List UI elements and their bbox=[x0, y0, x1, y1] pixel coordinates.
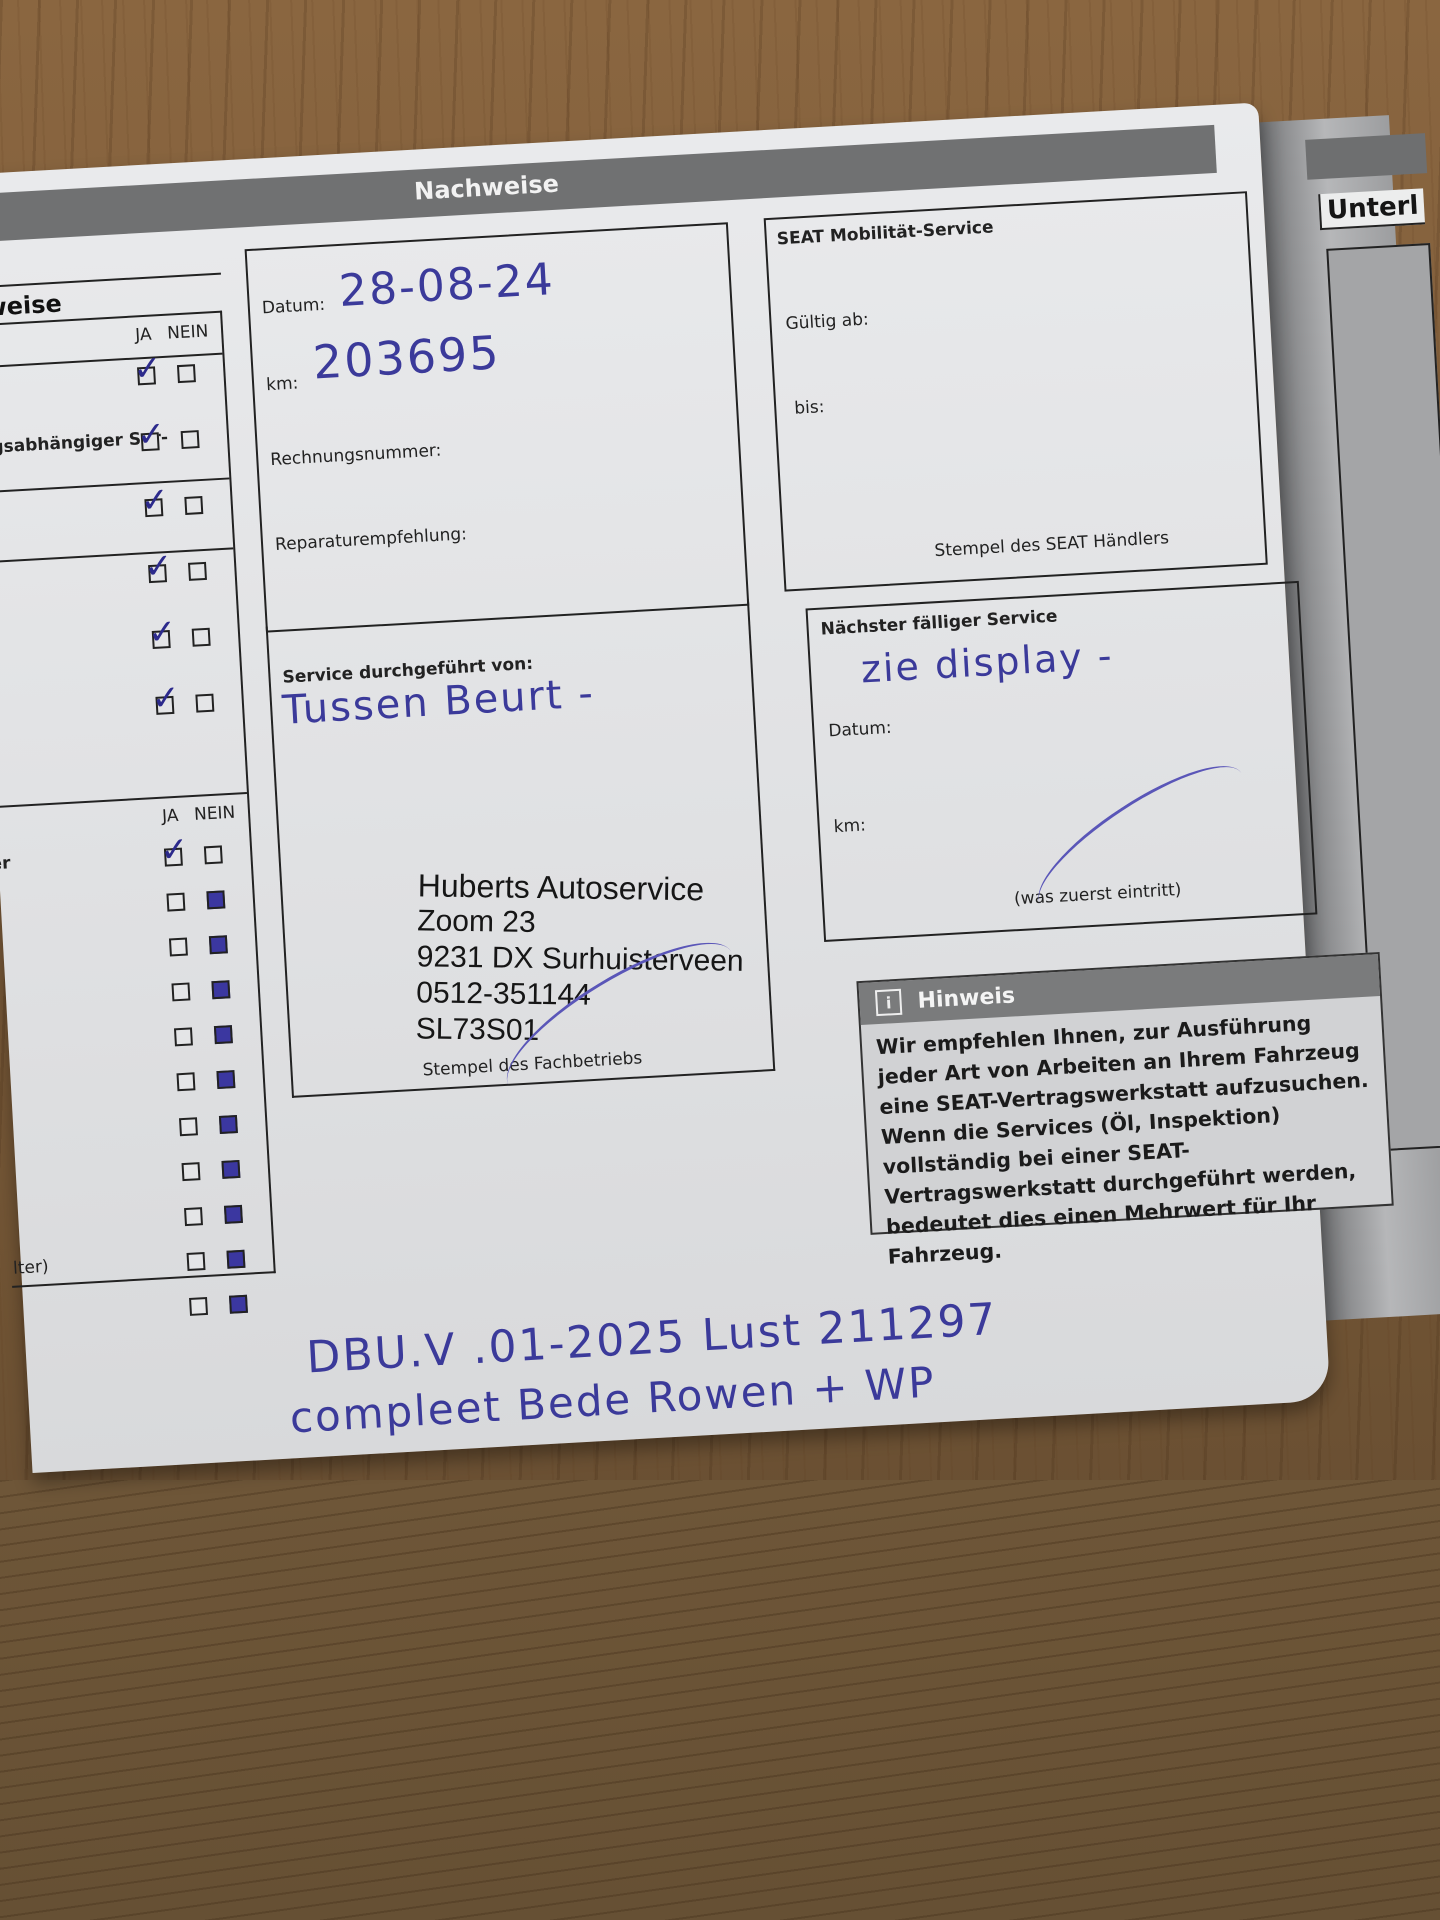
checkbox-nein[interactable] bbox=[181, 430, 200, 449]
next-page-title: Unterl bbox=[1318, 188, 1425, 230]
checkbox-nein[interactable] bbox=[216, 1070, 235, 1089]
dealer-stamp-caption: Stempel des SEAT Händlers bbox=[934, 528, 1170, 561]
checkbox-nein[interactable] bbox=[229, 1295, 248, 1314]
checkbox-ja[interactable] bbox=[182, 1162, 201, 1181]
checkbox-ja[interactable] bbox=[144, 498, 163, 517]
hint-text: Wir empfehlen Ihnen, zur Ausführung jede… bbox=[861, 996, 1394, 1281]
checkbox-nein[interactable] bbox=[226, 1250, 245, 1269]
datum-value[interactable]: 28-08-24 bbox=[338, 254, 556, 317]
col-header-yes: JA bbox=[135, 325, 152, 346]
service-performed-box: Service durchgeführt von: Tussen Beurt -… bbox=[266, 600, 776, 1098]
checkbox-ja[interactable] bbox=[187, 1252, 206, 1271]
rechnungsnummer-label: Rechnungsnummer: bbox=[270, 441, 442, 471]
checkbox-nein[interactable] bbox=[214, 1025, 233, 1044]
checklist-title-rule bbox=[0, 273, 221, 289]
km-value[interactable]: 203695 bbox=[312, 325, 502, 389]
checkbox-ja[interactable] bbox=[179, 1117, 198, 1136]
checkbox-nein[interactable] bbox=[188, 562, 207, 581]
checkbox-ja[interactable] bbox=[152, 630, 171, 649]
checkbox-ja[interactable] bbox=[137, 366, 156, 385]
hint-box: i Hinweis Wir empfehlen Ihnen, zur Ausfü… bbox=[856, 952, 1393, 1235]
checkbox-ja[interactable] bbox=[155, 696, 174, 715]
checkbox-ja[interactable] bbox=[171, 982, 190, 1001]
checkbox-nein[interactable] bbox=[177, 364, 196, 383]
checkbox-nein[interactable] bbox=[211, 980, 230, 999]
hint-title: Hinweis bbox=[917, 983, 1016, 1013]
checkbox-ja[interactable] bbox=[184, 1207, 203, 1226]
bis-label: bis: bbox=[794, 397, 825, 419]
next-service-box: Nächster fälliger Service zie display - … bbox=[806, 581, 1318, 942]
checkbox-ja[interactable] bbox=[174, 1027, 193, 1046]
booklet-page: Nachweise hweise JANEINungsabhängiger Se… bbox=[0, 102, 1331, 1473]
col-header-no: NEIN bbox=[194, 803, 236, 825]
checkbox-ja[interactable] bbox=[166, 893, 185, 912]
checklist-row-label: er bbox=[0, 853, 11, 874]
col-header-yes: JA bbox=[162, 806, 179, 827]
datum-label: Datum: bbox=[261, 295, 325, 318]
mobility-title: SEAT Mobilität-Service bbox=[776, 217, 994, 249]
stamp-line: Zoom 23 bbox=[417, 903, 744, 944]
next-service-signature bbox=[1020, 742, 1261, 934]
checkbox-nein[interactable] bbox=[206, 890, 225, 909]
service-booklet: Unterl Nachweise hweise JANEINungsabhäng… bbox=[0, 93, 1440, 1493]
checkbox-ja[interactable] bbox=[148, 564, 167, 583]
checkbox-ja[interactable] bbox=[189, 1297, 208, 1316]
checklist-row-divider bbox=[0, 477, 229, 494]
reparaturempfehlung-label: Reparaturempfehlung: bbox=[275, 524, 468, 555]
stamp-line: Huberts Autoservice bbox=[418, 867, 745, 908]
next-service-datum-label: Datum: bbox=[828, 718, 892, 741]
checkbox-ja[interactable] bbox=[141, 432, 160, 451]
checkbox-nein[interactable] bbox=[224, 1205, 243, 1224]
next-service-handwritten[interactable]: zie display - bbox=[860, 633, 1115, 691]
next-service-km-label: km: bbox=[833, 815, 866, 837]
wooden-table-surface bbox=[0, 1480, 1440, 1920]
checkbox-nein[interactable] bbox=[192, 628, 211, 647]
checkbox-nein[interactable] bbox=[195, 694, 214, 713]
gueltig-ab-label: Gültig ab: bbox=[785, 310, 869, 335]
checkbox-nein[interactable] bbox=[219, 1115, 238, 1134]
checkbox-nein[interactable] bbox=[209, 935, 228, 954]
checklist-table: JANEINungsabhängiger Ser-JANEINerlter) bbox=[0, 311, 276, 1288]
service-record-box: Datum: 28-08-24 km: 203695 Rechnungsnumm… bbox=[245, 222, 750, 632]
col-header-no: NEIN bbox=[167, 321, 209, 343]
checkbox-ja[interactable] bbox=[164, 848, 183, 867]
checkbox-nein[interactable] bbox=[221, 1160, 240, 1179]
checkbox-nein[interactable] bbox=[204, 845, 223, 864]
checkbox-ja[interactable] bbox=[169, 938, 188, 957]
checklist-row-label: lter) bbox=[13, 1257, 50, 1279]
next-service-title: Nächster fälliger Service bbox=[820, 606, 1058, 639]
info-icon: i bbox=[875, 989, 902, 1016]
checkbox-nein[interactable] bbox=[184, 496, 203, 515]
km-label: km: bbox=[266, 373, 299, 395]
checklist-title: hweise bbox=[0, 290, 62, 323]
next-page-header-bar bbox=[1305, 133, 1427, 180]
checkbox-ja[interactable] bbox=[176, 1072, 195, 1091]
mobility-service-box: SEAT Mobilität-Service Gültig ab: bis: S… bbox=[764, 191, 1268, 591]
